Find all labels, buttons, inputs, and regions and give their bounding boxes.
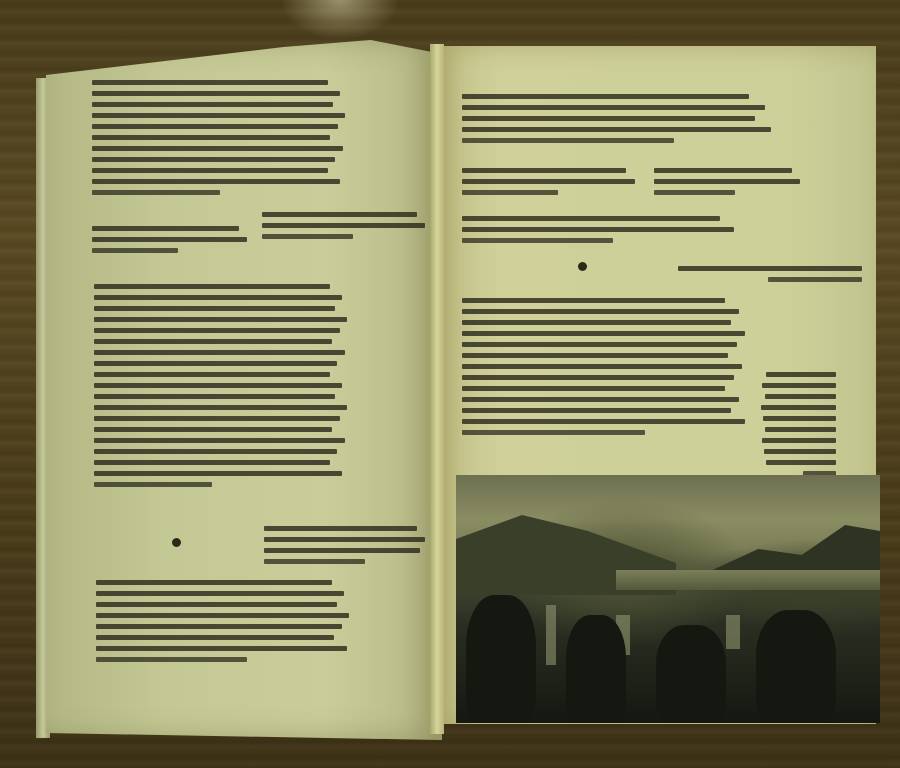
text-line bbox=[262, 223, 425, 228]
text-line bbox=[654, 179, 800, 184]
text-line bbox=[94, 372, 330, 377]
text-line bbox=[462, 419, 745, 424]
tree bbox=[756, 610, 836, 723]
text-line bbox=[92, 113, 345, 118]
text-line bbox=[462, 375, 734, 380]
text-line bbox=[462, 397, 739, 402]
text-line bbox=[92, 102, 333, 107]
text-line bbox=[94, 460, 330, 465]
text-line bbox=[92, 248, 178, 253]
tree bbox=[566, 615, 626, 723]
text-line bbox=[94, 306, 335, 311]
right-caption-2 bbox=[654, 168, 804, 201]
text-line bbox=[764, 449, 836, 454]
text-line bbox=[96, 635, 334, 640]
left-paragraph-2 bbox=[94, 284, 350, 493]
left-paragraph-3 bbox=[96, 580, 352, 668]
text-line bbox=[92, 146, 343, 151]
text-line bbox=[762, 383, 836, 388]
text-line bbox=[462, 364, 742, 369]
text-line bbox=[94, 394, 335, 399]
text-line bbox=[94, 295, 342, 300]
book-gutter bbox=[430, 44, 444, 734]
text-line bbox=[96, 657, 247, 662]
ornament-left bbox=[172, 538, 181, 547]
text-line bbox=[92, 124, 338, 129]
text-line bbox=[92, 168, 328, 173]
text-line bbox=[462, 238, 613, 243]
text-line bbox=[462, 227, 734, 232]
text-line bbox=[94, 328, 340, 333]
text-line bbox=[96, 646, 347, 651]
ornament-right bbox=[578, 262, 587, 271]
text-line bbox=[264, 537, 425, 542]
text-line bbox=[763, 416, 836, 421]
text-line bbox=[678, 266, 862, 271]
text-line bbox=[94, 284, 330, 289]
text-line bbox=[96, 613, 349, 618]
text-line bbox=[462, 408, 731, 413]
text-line bbox=[462, 168, 626, 173]
text-line bbox=[94, 427, 332, 432]
text-line bbox=[766, 372, 836, 377]
text-line bbox=[96, 580, 332, 585]
text-line bbox=[92, 226, 239, 231]
landscape-photo bbox=[456, 475, 880, 723]
right-paragraph-3 bbox=[462, 298, 748, 441]
text-line bbox=[94, 339, 332, 344]
left-side-caption bbox=[264, 526, 430, 570]
right-italic-caption bbox=[662, 266, 862, 288]
left-caption-1 bbox=[92, 226, 252, 259]
text-line bbox=[462, 116, 755, 121]
text-line bbox=[94, 416, 340, 421]
text-line bbox=[765, 427, 836, 432]
text-line bbox=[262, 234, 353, 239]
town-buildings bbox=[726, 615, 740, 649]
text-line bbox=[92, 135, 330, 140]
text-line bbox=[654, 190, 735, 195]
text-line bbox=[94, 350, 345, 355]
text-line bbox=[94, 361, 337, 366]
right-caption-1 bbox=[462, 168, 640, 201]
text-line bbox=[264, 548, 420, 553]
text-line bbox=[92, 179, 340, 184]
tree bbox=[466, 595, 536, 723]
text-line bbox=[462, 331, 745, 336]
text-line bbox=[92, 80, 328, 85]
text-line bbox=[462, 190, 558, 195]
text-line bbox=[262, 212, 417, 217]
text-line bbox=[766, 460, 836, 465]
text-line bbox=[462, 353, 728, 358]
text-line bbox=[462, 179, 635, 184]
text-line bbox=[94, 471, 342, 476]
text-line bbox=[462, 127, 771, 132]
left-paragraph-1 bbox=[92, 80, 348, 201]
left-caption-2 bbox=[262, 212, 430, 245]
text-line bbox=[96, 591, 344, 596]
lake bbox=[616, 570, 880, 590]
text-line bbox=[654, 168, 792, 173]
text-line bbox=[462, 320, 731, 325]
text-line bbox=[264, 559, 365, 564]
right-paragraph-1 bbox=[462, 94, 774, 149]
text-line bbox=[462, 309, 739, 314]
text-line bbox=[462, 105, 765, 110]
text-line bbox=[762, 438, 836, 443]
text-line bbox=[94, 438, 345, 443]
text-line bbox=[462, 298, 725, 303]
text-line bbox=[462, 430, 645, 435]
text-line bbox=[264, 526, 417, 531]
right-marginal-note bbox=[760, 372, 836, 482]
right-paragraph-2 bbox=[462, 216, 742, 249]
text-line bbox=[96, 624, 342, 629]
text-line bbox=[94, 405, 347, 410]
lamp-reflection bbox=[280, 0, 400, 40]
text-line bbox=[765, 394, 836, 399]
tree bbox=[656, 625, 726, 723]
text-line bbox=[92, 157, 335, 162]
text-line bbox=[768, 277, 862, 282]
text-line bbox=[94, 482, 212, 487]
text-line bbox=[462, 342, 737, 347]
text-line bbox=[462, 94, 749, 99]
text-line bbox=[92, 237, 247, 242]
text-line bbox=[94, 317, 347, 322]
text-line bbox=[462, 138, 674, 143]
text-line bbox=[462, 386, 725, 391]
text-line bbox=[94, 449, 337, 454]
text-line bbox=[96, 602, 337, 607]
text-line bbox=[94, 383, 342, 388]
text-line bbox=[92, 190, 220, 195]
town-buildings bbox=[546, 605, 556, 665]
text-line bbox=[462, 216, 720, 221]
text-line bbox=[761, 405, 836, 410]
text-line bbox=[92, 91, 340, 96]
